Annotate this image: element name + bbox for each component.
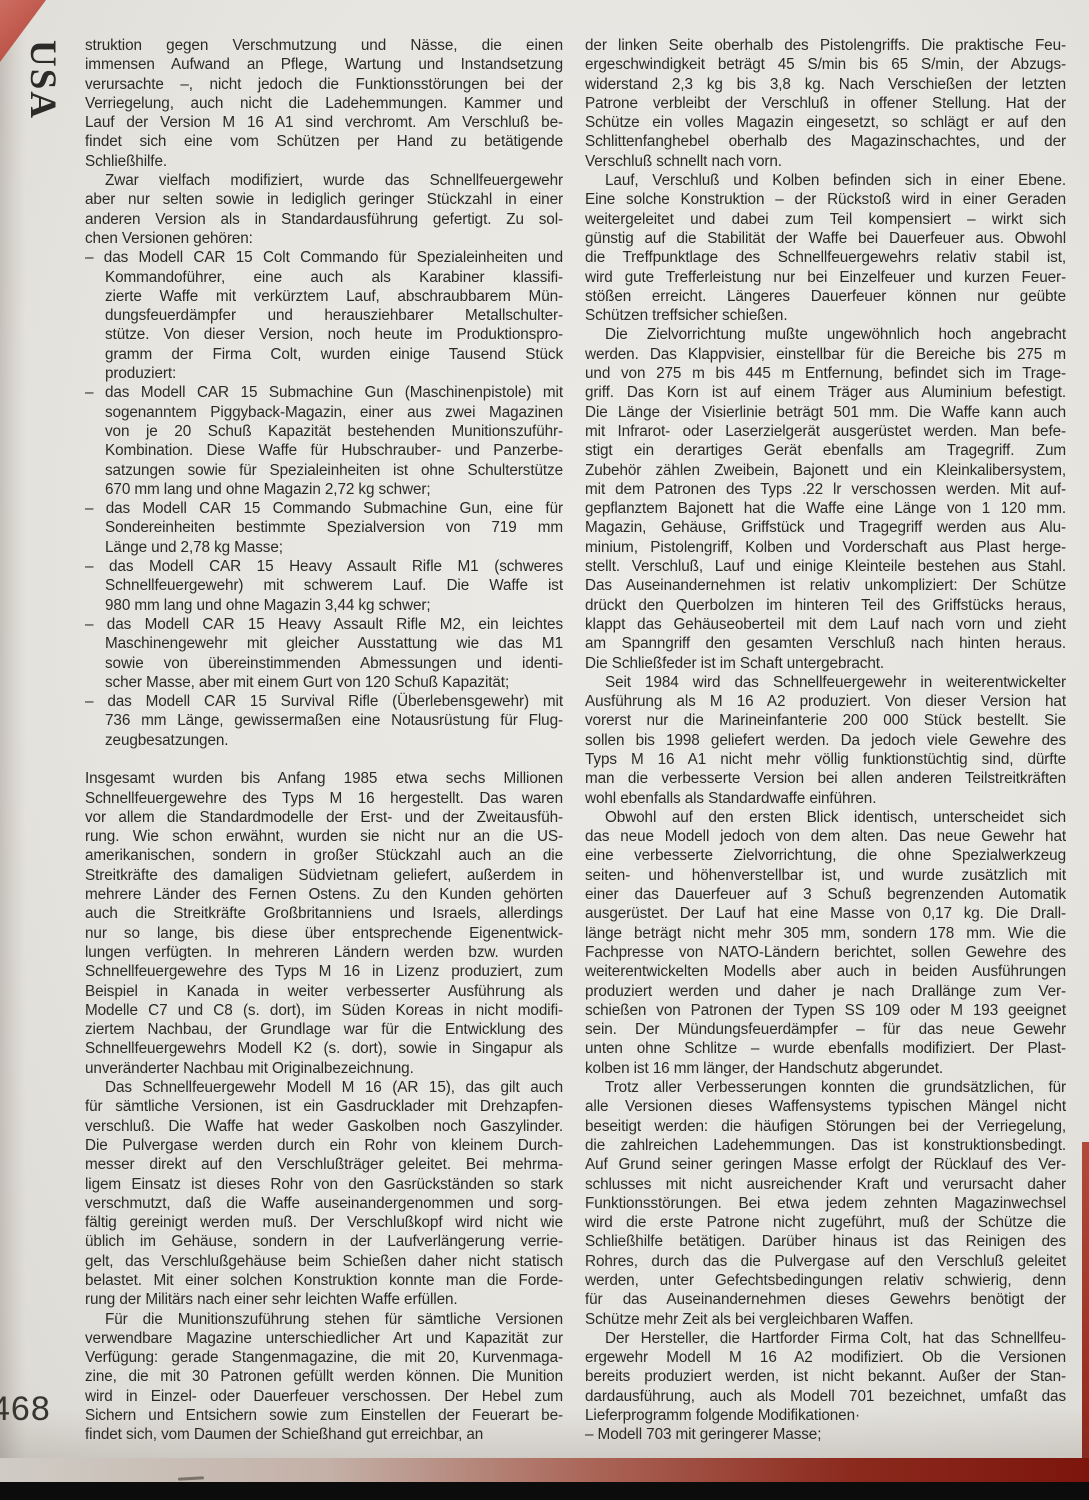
list-item-line: 980 mm lang und ohne Magazin 3,44 kg sch… <box>105 596 563 615</box>
paragraph-line: produziert werden und daher je nach Dral… <box>585 982 1066 1001</box>
paragraph-line: verschmutzt, daß die Waffe auseinanderge… <box>85 1194 563 1213</box>
list-item-line: Maschinengewehr mit gleicher Ausstattung… <box>105 634 563 653</box>
page-curve-shadow <box>0 0 26 1500</box>
paragraph-gap <box>85 750 563 769</box>
country-tab-label: USA <box>21 40 64 120</box>
paragraph-line: Die Zielvorrichtung mußte ungewöhnlich h… <box>585 325 1066 344</box>
paragraph-line: struktion gegen Verschmutzung und Nässe,… <box>85 36 563 55</box>
page-number: 468 <box>0 1390 51 1429</box>
paragraph-line: Das Auseinandernehmen ist relativ unkomp… <box>585 576 1066 595</box>
text-column-right: der linken Seite oberhalb des Pistolengr… <box>585 36 1066 1445</box>
list-item-line: Kommandoführer, eine auch als Karabiner … <box>105 268 563 287</box>
paragraph-line: Zwar vielfach modifiziert, wurde das Sch… <box>85 171 563 190</box>
list-item-line: – das Modell CAR 15 Submachine Gun (Masc… <box>85 383 563 402</box>
paragraph-line: Der Hersteller, die Hartforder Firma Col… <box>585 1329 1066 1348</box>
paragraph-line: wird gute Trefferleistung nur bei Einzel… <box>585 268 1066 287</box>
paragraph-line: Schütze mehr Zeit als bei vergleichbaren… <box>585 1310 1066 1329</box>
paragraph-line: länge beträgt nicht mehr 305 mm, sondern… <box>585 924 1066 943</box>
paragraph-line: für sämtliche Versionen, ist ein Gasdruc… <box>85 1097 563 1116</box>
paragraph-line: Schlittenfanghebel oberhalb des Magazins… <box>585 132 1066 151</box>
paragraph-line: mit Infrarot- oder Laserzielgerät ausger… <box>585 422 1066 441</box>
paragraph-line: vorerst nur die Marineinfanterie 200 000… <box>585 711 1066 730</box>
paragraph-line: zine, die mit 30 Patronen gefüllt werden… <box>85 1367 563 1386</box>
paragraph-line: einer das Dauerfeuer auf 3 Schuß begrenz… <box>585 885 1066 904</box>
paragraph-line: die Treffpunktlage des Schnellfeuergeweh… <box>585 248 1066 267</box>
paragraph-line: Für die Munitionszuführung stehen für sä… <box>85 1310 563 1329</box>
paragraph-line: Schnellfeuergewehrs Modell K2 (s. dort),… <box>85 1039 563 1058</box>
paragraph-line: griff. Das Korn ist auf einem Träger aus… <box>585 383 1066 402</box>
list-item-line: – das Modell CAR 15 Survival Rifle (Über… <box>85 692 563 711</box>
paragraph-line: Schnellfeuergewehre des Typs M 16 in Liz… <box>85 962 563 981</box>
list-item-line: satzungen sowie für Spezialeinheiten ist… <box>105 461 563 480</box>
paragraph-line: unveränderter Nachbau mit Originalbezeic… <box>85 1059 563 1078</box>
paragraph-line: vor allem die Standardmodelle der Erst- … <box>85 808 563 827</box>
paragraph-line: kolben ist 16 mm länger, der Handschutz … <box>585 1059 1066 1078</box>
list-item-line: zeugbesatzungen. <box>105 731 563 750</box>
list-item-line: 736 mm Länge, gewissermaßen eine Notausr… <box>105 711 563 730</box>
paragraph-line: Obwohl auf den ersten Blick identisch, u… <box>585 808 1066 827</box>
paragraph-line: Schützen treffsicher schießen. <box>585 306 1066 325</box>
paragraph-line: günstig auf die Stabilität der Waffe bei… <box>585 229 1066 248</box>
paragraph-line: alle Versionen dieses Waffensystems typi… <box>585 1097 1066 1116</box>
paragraph-line: das neue Modell jedoch von dem alten. Da… <box>585 827 1066 846</box>
paragraph-line: werden, unter Gefechtsbedingungen relati… <box>585 1271 1066 1290</box>
paragraph-line: aber nur selten sowie in lediglich gerin… <box>85 190 563 209</box>
paragraph-line: drückt den Querbolzen im hinteren Teil d… <box>585 596 1066 615</box>
paragraph-line: klappt das Gehäuseoberteil mit dem Lauf … <box>585 615 1066 634</box>
paragraph-line: man die verbesserte Version bei allen an… <box>585 769 1066 788</box>
paragraph-line: Zubehör zählen Zweibein, Bajonett und ei… <box>585 461 1066 480</box>
paragraph-line: Eine solche Konstruktion – der Rückstoß … <box>585 190 1066 209</box>
paragraph-line: immensen Aufwand an Pflege, Wartung und … <box>85 55 563 74</box>
paragraph-line: Typs M 16 A1 nicht mehr völlig funktions… <box>585 750 1066 769</box>
paragraph-line: findet sich, vom Daumen der Schießhand g… <box>85 1425 563 1444</box>
paragraph-line: belastet. Mit einer solchen Konstruktion… <box>85 1271 563 1290</box>
paragraph-line: Patrone verbleibt der Verschluß in offen… <box>585 94 1066 113</box>
paragraph-line: schießen von Patronen der Typen SS 109 o… <box>585 1001 1066 1020</box>
paragraph-line: fältig gereinigt werden muß. Der Verschl… <box>85 1213 563 1232</box>
paragraph-line: wohl ebenfalls als Standardwaffe einführ… <box>585 789 1066 808</box>
paragraph-line: Sichern und Entsichern sowie zum Einstel… <box>85 1406 563 1425</box>
list-item-line: Sondereinheiten bestimmte Spezialversion… <box>105 518 563 537</box>
paragraph-line: bereits produziert werden, ist nicht bek… <box>585 1367 1066 1386</box>
paragraph-line: messer direkt auf den Verschlußträger ge… <box>85 1155 563 1174</box>
paragraph-line: chen Versionen gehören: <box>85 229 563 248</box>
paragraph-line: am Spanngriff den gesamten Verschluß nac… <box>585 634 1066 653</box>
paragraph-line: ligem Einsatz ist dieses Rohr von den Ga… <box>85 1175 563 1194</box>
list-item-line: 670 mm lang und ohne Magazin 2,72 kg sch… <box>105 480 563 499</box>
paragraph-line: und von 275 m bis 445 m Entfernung, befi… <box>585 364 1066 383</box>
list-item-line: zierte Waffe mit verkürztem Lauf, abschr… <box>105 287 563 306</box>
paragraph-line: wird in Einzel- oder Dauerfeuer verschos… <box>85 1387 563 1406</box>
list-item-line: – das Modell CAR 15 Colt Commando für Sp… <box>85 248 563 267</box>
paragraph-line: Lauf der Version M 16 A1 sind verchromt.… <box>85 113 563 132</box>
paragraph-line: Die Länge der Visierlinie beträgt 501 mm… <box>585 403 1066 422</box>
paragraph-line: nur so lange, bis diese über entsprechen… <box>85 924 563 943</box>
paragraph-line: Lieferprogramm folgende Modifikationen· <box>585 1406 1066 1425</box>
paragraph-line: stößen erreicht. Längeres Dauerfeuer kön… <box>585 287 1066 306</box>
paragraph-line: mehrere Länder des Fernen Ostens. Zu den… <box>85 885 563 904</box>
paragraph-line: dardausführung, auch als Modell 701 beze… <box>585 1387 1066 1406</box>
paragraph-line: Verriegelung, auch nicht die Ladehemmung… <box>85 94 563 113</box>
paragraph-line: Lauf, Verschluß und Kolben befinden sich… <box>585 171 1066 190</box>
paragraph-line: unten ohne Schlitze – wurde ebenfalls mo… <box>585 1039 1066 1058</box>
paragraph-line: beseitigt werden: die häufigen Störungen… <box>585 1117 1066 1136</box>
paragraph-line: schlusses mit nicht ausreichender Kraft … <box>585 1175 1066 1194</box>
paragraph-line: Seit 1984 wird das Schnellfeuergewehr in… <box>585 673 1066 692</box>
paragraph-line: für das Auseinandernehmen dieses Gewehrs… <box>585 1290 1066 1309</box>
paragraph-line: verwendbare Magazine unterschiedlicher A… <box>85 1329 563 1348</box>
paragraph-line: stellt. Verschluß, Lauf und einige Klein… <box>585 557 1066 576</box>
paragraph-line: stigt ein derartiges Gerät ebenfalls am … <box>585 441 1066 460</box>
paragraph-line: Beispiel in Kanada in weiter verbesserte… <box>85 982 563 1001</box>
paragraph-line: der linken Seite oberhalb des Pistolengr… <box>585 36 1066 55</box>
paragraph-line: ausgerüstet. Der Lauf hat eine Masse von… <box>585 904 1066 923</box>
paragraph-line: findet sich eine vom Schützen per Hand z… <box>85 132 563 151</box>
paragraph-line: anderen Version als in Standardausführun… <box>85 210 563 229</box>
paragraph-line: Streitkräfte des damaligen Südvietnam ge… <box>85 866 563 885</box>
paragraph-line: sein. Der Mündungsfeuerdämpfer – für das… <box>585 1020 1066 1039</box>
list-item-line: Länge und 2,78 kg Masse; <box>105 538 563 557</box>
paragraph-line: rung der Militärs nach einer sehr leicht… <box>85 1290 563 1309</box>
paragraph-line: gepflanztem Bajonett hat die Waffe eine … <box>585 499 1066 518</box>
paragraph-line: verschluß. Die Waffe hat weder Gaskolben… <box>85 1117 563 1136</box>
list-item-line: von je 20 Schuß Kapazität bestehenden Mu… <box>105 422 563 441</box>
paragraph-line: Auf Grund seiner geringen Masse erfolgt … <box>585 1155 1066 1174</box>
paragraph-line: werden. Das Klappvisier, einstellbar für… <box>585 345 1066 364</box>
paragraph-line: widerstand 2,3 kg bis 3,8 kg. Nach Versc… <box>585 75 1066 94</box>
paragraph-line: seiten- und höhenverstellbar ist, und wu… <box>585 866 1066 885</box>
paragraph-line: Verschluß schnellt nach vorn. <box>585 152 1066 171</box>
list-item-line: scher Masse, aber mit einem Gurt von 120… <box>105 673 563 692</box>
paragraph-line: ergewehr Modell M 16 A2 modifiziert. Ob … <box>585 1348 1066 1367</box>
paragraph-line: lungen verfügten. In mehreren Ländern we… <box>85 943 563 962</box>
paragraph-line: Schütze ein volles Magazin eingesetzt, s… <box>585 113 1066 132</box>
paragraph-line: Fachpresse von NATO-Ländern berichtet, s… <box>585 943 1066 962</box>
paragraph-line: Schließhilfe betätigen. Darüber hinaus i… <box>585 1232 1066 1251</box>
paragraph-line: minium, Pistolengriff, Kolben und Vorder… <box>585 538 1066 557</box>
list-item-line: sogenanntem Piggyback-Magazin, einer aus… <box>105 403 563 422</box>
paragraph-line: die zahlreichen Ladehemmungen. Das ist k… <box>585 1136 1066 1155</box>
paragraph-line: mit dem Patronen des Typs .22 lr verscho… <box>585 480 1066 499</box>
paragraph-line: Das Schnellfeuergewehr Modell M 16 (AR 1… <box>85 1078 563 1097</box>
paragraph-line: Magazin, Gehäuse, Griffstück und Tragegr… <box>585 518 1066 537</box>
paragraph-line: Schließhilfe. <box>85 152 563 171</box>
list-item-line: Kombination. Diese Waffe für Hubschraube… <box>105 441 563 460</box>
paragraph-line: üblich im Gehäuse, sondern in der Laufve… <box>85 1232 563 1251</box>
paragraph-line: gelt, das Verschlußgehäuse beim Schießen… <box>85 1252 563 1271</box>
paragraph-line: amerikanischen, sondern in großer Stückz… <box>85 846 563 865</box>
list-item-line: sowie von übereinstimmenden Abmessungen … <box>105 654 563 673</box>
paragraph-line: Trotz aller Verbesserungen konnten die g… <box>585 1078 1066 1097</box>
list-item-line: – das Modell CAR 15 Commando Submachine … <box>85 499 563 518</box>
list-item-line: Schnellfeuergewehr) mit schwerem Lauf. D… <box>105 576 563 595</box>
paragraph-line: Insgesamt wurden bis Anfang 1985 etwa se… <box>85 769 563 788</box>
book-page: USA 468 struktion gegen Verschmutzung un… <box>0 0 1089 1500</box>
paragraph-line: wird die erste Patrone nicht zugeführt, … <box>585 1213 1066 1232</box>
paragraph-line: ziertem Nachbau, der Grundlage war für d… <box>85 1020 563 1039</box>
paragraph-line: Die Pulvergase werden durch ein Rohr von… <box>85 1136 563 1155</box>
paragraph-line: Modelle C7 und C8 (s. dort), im Süden Ko… <box>85 1001 563 1020</box>
list-item-line: – das Modell CAR 15 Heavy Assault Rifle … <box>85 615 563 634</box>
paragraph-line: weitergeleitet und dabei zum Teil kompen… <box>585 210 1066 229</box>
list-item-line: gramm der Firma Colt, wurden einige Taus… <box>105 345 563 364</box>
desk-black-strip <box>0 1482 1089 1500</box>
list-item-line: stütze. Von dieser Version, noch heute i… <box>105 325 563 344</box>
paragraph-line: Rohres, durch das die Pulvergase auf den… <box>585 1252 1066 1271</box>
list-item-line: dungsfeuerdämpfer und herausziehbarer Me… <box>105 306 563 325</box>
paragraph-line: Ausführung als M 16 A2 produziert. Von d… <box>585 692 1066 711</box>
list-item-line: produziert: <box>105 364 563 383</box>
paragraph-line: Funktionsstörungen. Bei etwa jedem zehnt… <box>585 1194 1066 1213</box>
paragraph-line: auch die Streitkräfte Großbritanniens un… <box>85 904 563 923</box>
paragraph-line: eine verbesserte Zielvorrichtung, die oh… <box>585 846 1066 865</box>
list-item-line: – das Modell CAR 15 Heavy Assault Rifle … <box>85 557 563 576</box>
paragraph-line: Die Schließfeder ist im Schaft untergebr… <box>585 654 1066 673</box>
paragraph-line: Verfügung: gerade Stangenmagazine, die m… <box>85 1348 563 1367</box>
paragraph-line: weiterentwickelten Modells aber auch in … <box>585 962 1066 981</box>
list-item-line: – Modell 703 mit geringerer Masse; <box>585 1425 1066 1444</box>
text-column-left: struktion gegen Verschmutzung und Nässe,… <box>85 36 563 1445</box>
paragraph-line: sollen bis 1998 geliefert werden. Da jed… <box>585 731 1066 750</box>
paragraph-line: ergeschwindigkeit beträgt 45 S/min bis 6… <box>585 55 1066 74</box>
paragraph-line: Schnellfeuergewehre des Typs M 16 herges… <box>85 789 563 808</box>
paragraph-line: rung. Wie schon erwähnt, wurden sie nich… <box>85 827 563 846</box>
paragraph-line: verursachte –, nicht jedoch die Funktion… <box>85 75 563 94</box>
